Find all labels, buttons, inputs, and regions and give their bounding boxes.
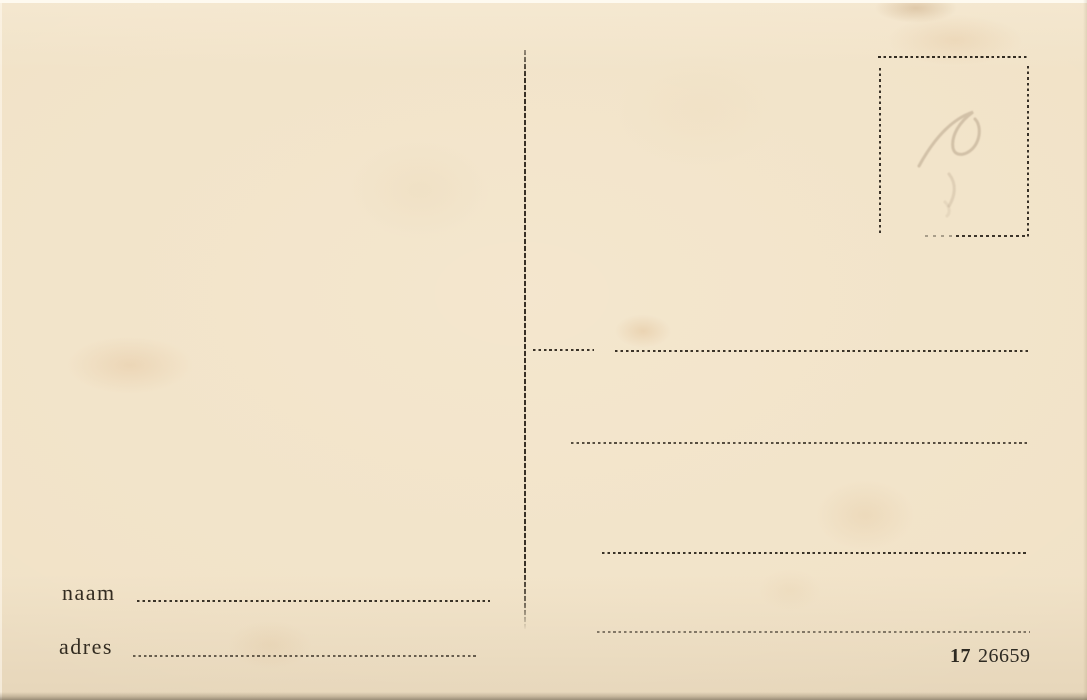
scan-edge-left [0,0,2,700]
address-dotted-line [133,655,477,657]
pencil-scribble [879,56,1029,237]
serial-number: 1726659 [950,645,1031,668]
scan-edge-top [0,0,1087,3]
serial-digits: 26659 [978,645,1031,667]
stamp-box [879,56,1029,237]
address-line-4 [597,631,1030,633]
center-divider-line [524,50,526,630]
address-line-3 [602,552,1027,554]
scan-edge-right [1083,0,1087,700]
name-label: naam [62,582,116,604]
address-line-1 [615,350,1028,352]
address-line-1-start-segment [533,349,594,351]
scan-edge-bottom-shadow [0,692,1087,700]
name-dotted-line [137,600,490,602]
address-label: adres [59,636,113,658]
serial-prefix: 17 [950,645,971,667]
address-line-2 [571,442,1028,444]
postcard-back: naam adres 1726659 [0,0,1087,700]
